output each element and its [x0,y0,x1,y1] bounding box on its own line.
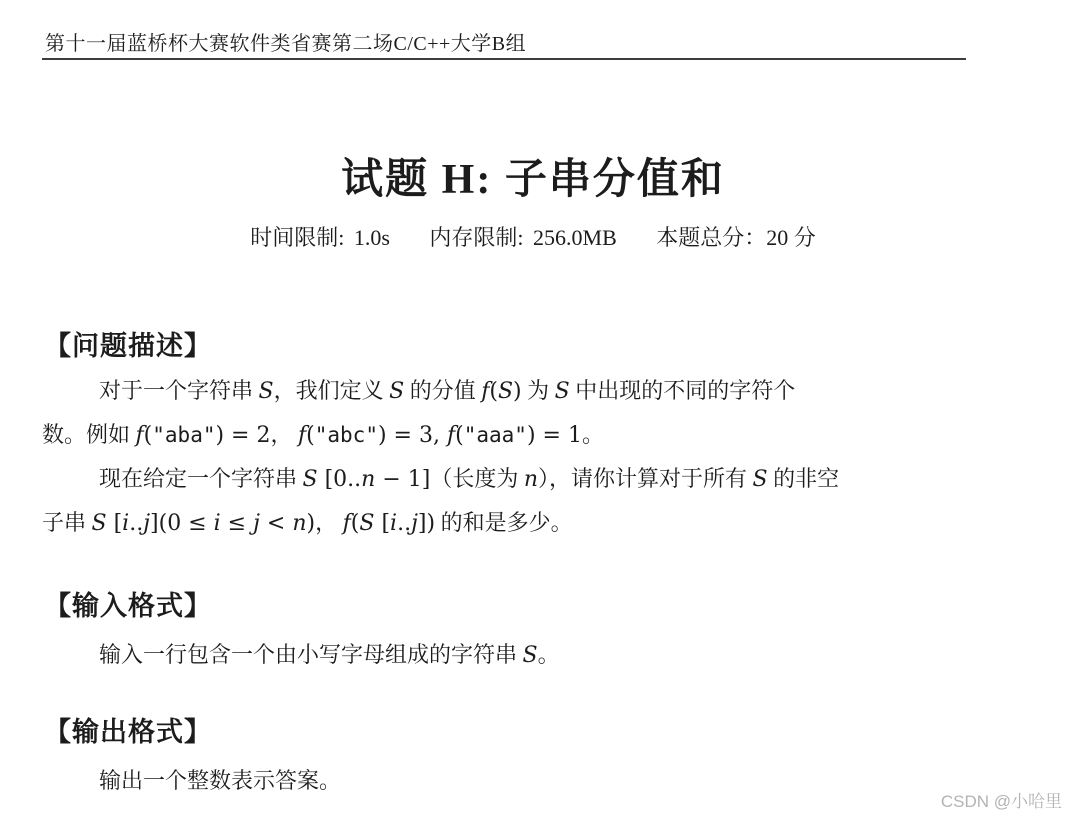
memory-limit: 内存限制: 256.0MB [429,221,616,252]
watermark: CSDN @小哈里 [941,787,1062,812]
total-score: 本题总分：20 分 [656,221,816,252]
memory-limit-value: 256.0MB [533,225,617,250]
document-page: 第十一届蓝桥杯大赛软件类省赛第二场C/C++大学B组 试题 H: 子串分值和 时… [0,0,1066,817]
section-heading-output: 【输出格式】 [44,710,212,749]
total-score-label: 本题总分： [656,225,766,250]
section-heading-input: 【输入格式】 [44,584,212,623]
running-header: 第十一届蓝桥杯大赛软件类省赛第二场C/C++大学B组 [45,27,526,56]
limits-line: 时间限制: 1.0s 内存限制: 256.0MB 本题总分：20 分 [0,221,1066,252]
problem-title: 试题 H: 子串分值和 [0,146,1066,206]
description-line-3: 现在给定一个字符串 S [0..n − 1]（长度为 n），请你计算对于所有 S… [42,464,966,495]
time-limit-label: 时间限制: [250,225,350,250]
description-line-4: 子串 S [i..j](0 ≤ i ≤ j < n)， f(S [i..j]) … [42,508,966,539]
description-line-1: 对于一个字符串 S，我们定义 S 的分值 f(S) 为 S 中出现的不同的字符个 [42,376,966,407]
time-limit: 时间限制: 1.0s [250,221,390,252]
running-header-text: 第十一届蓝桥杯大赛软件类省赛第二场C/C++大学B组 [45,33,526,55]
description-line-2: 数。例如 f("aba") = 2， f("abc") = 3, f("aaa"… [42,420,966,451]
time-limit-value: 1.0s [354,225,390,250]
input-format-line: 输入一行包含一个由小写字母组成的字符串 S。 [42,640,966,671]
memory-limit-label: 内存限制: [429,225,529,250]
total-score-value: 20 分 [766,225,816,250]
section-heading-description: 【问题描述】 [44,324,212,363]
output-format-line: 输出一个整数表示答案。 [42,766,966,796]
header-rule [42,58,966,60]
